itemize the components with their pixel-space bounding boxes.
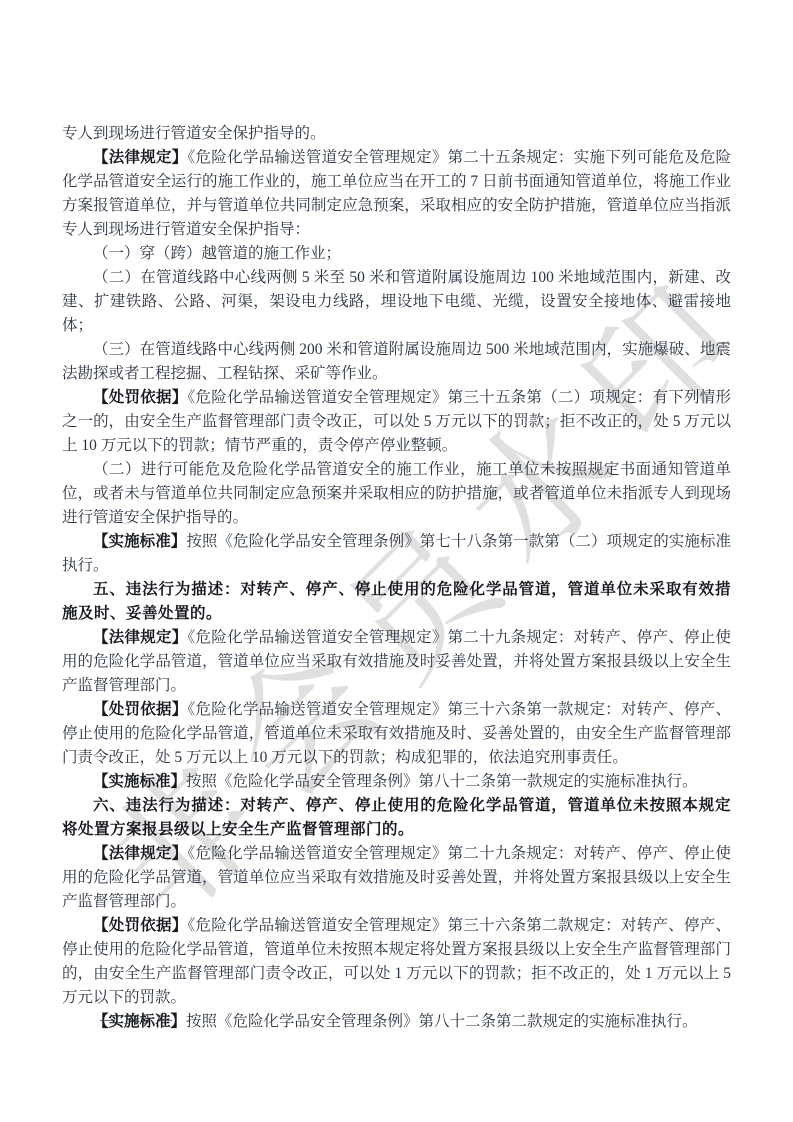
clause-label: 【处罚依据】 <box>93 917 188 934</box>
paragraph-text: （二）在管道线路中心线两侧 5 米至 50 米和管道附属设施周边 100 米地域… <box>62 269 731 334</box>
clause-label: 【处罚依据】 <box>93 701 188 718</box>
paragraph: 【法律规定】《危险化学品输送管道安全管理规定》第二十五条规定：实施下列可能危及危… <box>62 146 731 242</box>
paragraph: 六、违法行为描述：对转产、停产、停止使用的危险化学品管道，管道单位未按照本规定将… <box>62 794 731 842</box>
paragraph: 专人到现场进行管道安全保护指导的。 <box>62 122 731 146</box>
paragraph: 【处罚依据】《危险化学品输送管道安全管理规定》第三十五条第（二）项规定：有下列情… <box>62 386 731 458</box>
clause-label: 【处罚依据】 <box>93 389 188 406</box>
clause-label: 【法律规定】 <box>93 149 188 166</box>
clause-label: 【法律规定】 <box>93 845 188 862</box>
paragraph: 【处罚依据】《危险化学品输送管道安全管理规定》第三十六条第一款规定：对转产、停产… <box>62 698 731 770</box>
clause-label: 【实施标准】 <box>93 533 186 550</box>
paragraph: （三）在管道线路中心线两侧 200 米和管道附属设施周边 500 米地域范围内，… <box>62 338 731 386</box>
paragraph: 【法律规定】《危险化学品输送管道安全管理规定》第二十九条规定：对转产、停产、停止… <box>62 842 731 914</box>
page-number: — 140 — <box>100 1012 174 1029</box>
paragraph: （二）进行可能危及危险化学品管道安全的施工作业，施工单位未按照规定书面通知管道单… <box>62 458 731 530</box>
paragraph: （二）在管道线路中心线两侧 5 米至 50 米和管道附属设施周边 100 米地域… <box>62 266 731 338</box>
clause-label: 【法律规定】 <box>93 629 188 646</box>
paragraph-text: 按照《危险化学品安全管理条例》第八十二条第二款规定的实施标准执行。 <box>186 1013 698 1030</box>
document-body: 专人到现场进行管道安全保护指导的。 【法律规定】《危险化学品输送管道安全管理规定… <box>62 122 731 1034</box>
document-page: 非会员水印 专人到现场进行管道安全保护指导的。 【法律规定】《危险化学品输送管道… <box>0 0 793 1122</box>
paragraph-text: 五、违法行为描述：对转产、停产、停止使用的危险化学品管道，管道单位未采取有效措施… <box>62 581 731 622</box>
paragraph: 【处罚依据】《危险化学品输送管道安全管理规定》第三十六条第二款规定：对转产、停产… <box>62 914 731 1010</box>
paragraph: 【法律规定】《危险化学品输送管道安全管理规定》第二十九条规定：对转产、停产、停止… <box>62 626 731 698</box>
paragraph-text: 六、违法行为描述：对转产、停产、停止使用的危险化学品管道，管道单位未按照本规定将… <box>62 797 731 838</box>
paragraph-text: （一）穿（跨）越管道的施工作业； <box>93 245 341 262</box>
paragraph: 【实施标准】按照《危险化学品安全管理条例》第八十二条第一款规定的实施标准执行。 <box>62 770 731 794</box>
paragraph-text: 专人到现场进行管道安全保护指导的。 <box>62 125 326 142</box>
paragraph: 【实施标准】按照《危险化学品安全管理条例》第七十八条第一款第（二）项规定的实施标… <box>62 530 731 578</box>
paragraph: （一）穿（跨）越管道的施工作业； <box>62 242 731 266</box>
paragraph: 五、违法行为描述：对转产、停产、停止使用的危险化学品管道，管道单位未采取有效措施… <box>62 578 731 626</box>
paragraph-text: （二）进行可能危及危险化学品管道安全的施工作业，施工单位未按照规定书面通知管道单… <box>62 461 731 526</box>
paragraph-text: （三）在管道线路中心线两侧 200 米和管道附属设施周边 500 米地域范围内，… <box>62 341 731 382</box>
clause-label: 【实施标准】 <box>93 773 186 790</box>
paragraph-text: 按照《危险化学品安全管理条例》第八十二条第一款规定的实施标准执行。 <box>186 773 698 790</box>
